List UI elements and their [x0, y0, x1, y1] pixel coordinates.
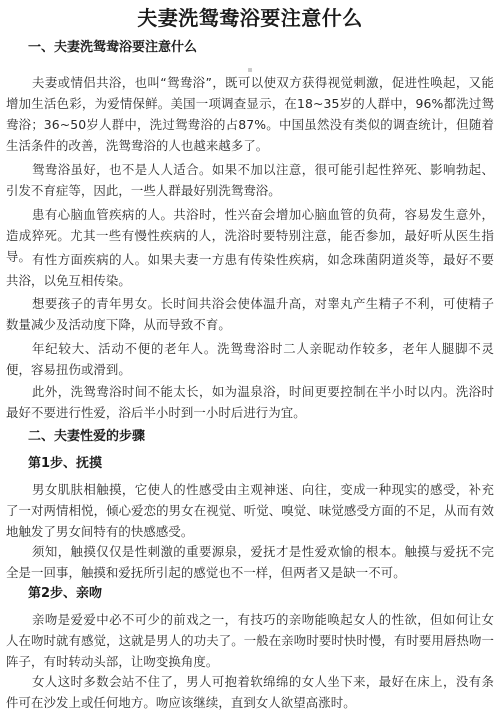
paragraph: 须知，触摸仅仅是性刺激的重要源泉，爱抚才是性爱欢愉的根本。触摸与爱抚不完全是一回… [6, 541, 494, 583]
paragraph: 有性方面疾病的人。如果夫妻一方患有传染性疾病，如念珠菌阴道炎等，最好不要共浴，以… [6, 249, 494, 291]
page-title: 夫妻洗鸳鸯浴要注意什么 [0, 4, 500, 32]
paragraph: 女人这时多数会站不住了，男人可抱着软绵绵的女人坐下来，最好在床上，没有条件可在沙… [6, 671, 494, 713]
paragraph: 年纪较大、活动不便的老年人。洗鸳鸯浴时二人亲昵动作较多，老年人腿脚不灵便，容易扭… [6, 338, 494, 380]
paragraph: 夫妻或情侣共浴，也叫“鸳鸯浴”，既可以使双方获得视觉刺激，促进性唤起，又能增加生… [6, 72, 494, 156]
section-heading-1: 一、夫妻洗鸳鸯浴要注意什么 [28, 38, 197, 58]
paragraph: 男女肌肤相触摸，它使人的性感受由主观神迷、向往，变成一种现实的感受，补充了一对两… [6, 479, 494, 542]
paragraph: 亲吻是爱爱中必不可少的前戏之一，有技巧的亲吻能唤起女人的性欲，但如何让女人在吻时… [6, 609, 494, 672]
paragraph: 鸳鸯浴虽好，也不是人人适合。如果不加以注意，很可能引起性猝死、影响勃起、引发不育… [6, 159, 494, 201]
section-heading-2: 二、夫妻性爱的步骤 [28, 427, 145, 447]
paragraph: 此外，洗鸳鸯浴时间不能太长，如为温泉浴，时间更要控制在半小时以内。洗浴时最好不要… [6, 381, 494, 423]
step-heading-2: 第2步、亲吻 [28, 584, 102, 604]
paragraph: 想要孩子的青年男女。长时间共浴会使体温升高，对睾丸产生精子不利，可使精子数量减少… [6, 293, 494, 335]
step-heading-1: 第1步、抚摸 [28, 454, 102, 474]
